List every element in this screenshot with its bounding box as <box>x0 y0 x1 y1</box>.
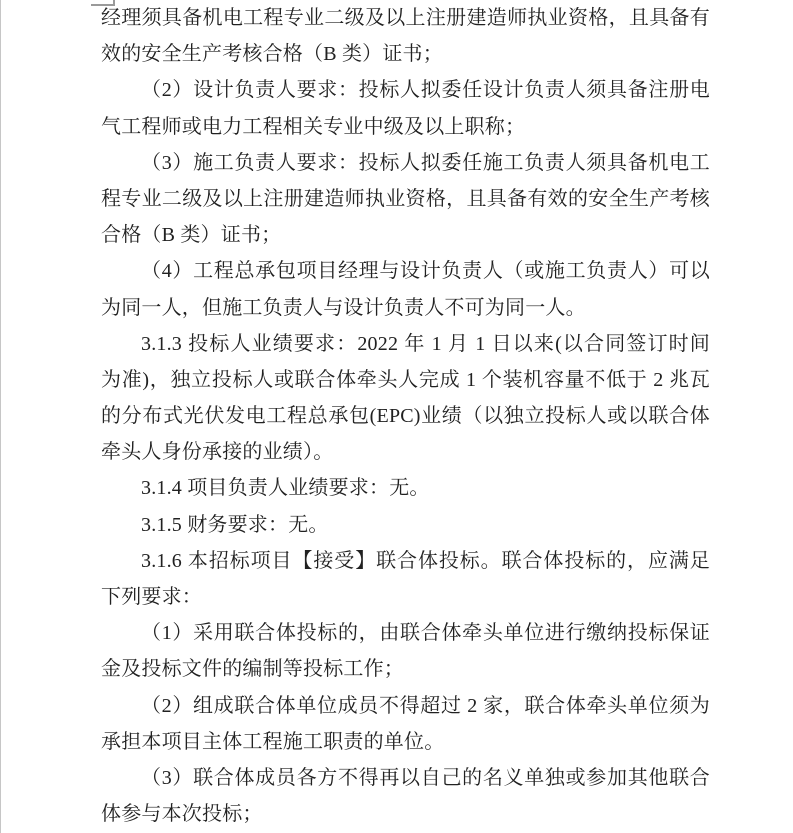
text-line: 为准)，独立投标人或联合体牵头人完成 1 个装机容量不低于 2 兆瓦 <box>101 362 710 398</box>
text-line: 程专业二级及以上注册建造师执业资格，且具备有效的安全生产考核 <box>101 181 710 217</box>
text-line: 3.1.5 财务要求：无。 <box>101 507 710 543</box>
text-line: 3.1.3 投标人业绩要求：2022 年 1 月 1 日以来(以合同签订时间 <box>101 326 710 362</box>
text-line: 3.1.4 项目负责人业绩要求：无。 <box>101 470 710 506</box>
text-line: 3.1.6 本招标项目【接受】联合体投标。联合体投标的，应满足 <box>101 543 710 579</box>
text-line: 效的安全生产考核合格（B 类）证书； <box>101 36 710 72</box>
document-page: 经理须具备机电工程专业二级及以上注册建造师执业资格，且具备有 效的安全生产考核合… <box>0 0 793 833</box>
text-line: （2）设计负责人要求：投标人拟委任设计负责人须具备注册电 <box>101 72 710 108</box>
text-line: （3）施工负责人要求：投标人拟委任施工负责人须具备机电工 <box>101 145 710 181</box>
text-line: 体参与本次投标； <box>101 796 710 832</box>
text-line: 为同一人，但施工负责人与设计负责人不可为同一人。 <box>101 290 710 326</box>
text-line: （3）联合体成员各方不得再以自己的名义单独或参加其他联合 <box>101 760 710 796</box>
document-body: 经理须具备机电工程专业二级及以上注册建造师执业资格，且具备有 效的安全生产考核合… <box>1 0 793 832</box>
text-line: 气工程师或电力工程相关专业中级及以上职称； <box>101 109 710 145</box>
text-line: 承担本项目主体工程施工职责的单位。 <box>101 724 710 760</box>
text-line: 金及投标文件的编制等投标工作； <box>101 651 710 687</box>
text-line: 经理须具备机电工程专业二级及以上注册建造师执业资格，且具备有 <box>101 0 710 36</box>
text-line: 的分布式光伏发电工程总承包(EPC)业绩（以独立投标人或以联合体 <box>101 398 710 434</box>
text-line: （1）采用联合体投标的，由联合体牵头单位进行缴纳投标保证 <box>101 615 710 651</box>
text-line: （2）组成联合体单位成员不得超过 2 家，联合体牵头单位须为 <box>101 688 710 724</box>
text-line: （4）工程总承包项目经理与设计负责人（或施工负责人）可以 <box>101 253 710 289</box>
text-line: 牵头人身份承接的业绩）。 <box>101 434 710 470</box>
text-line: 合格（B 类）证书； <box>101 217 710 253</box>
text-line: 下列要求： <box>101 579 710 615</box>
